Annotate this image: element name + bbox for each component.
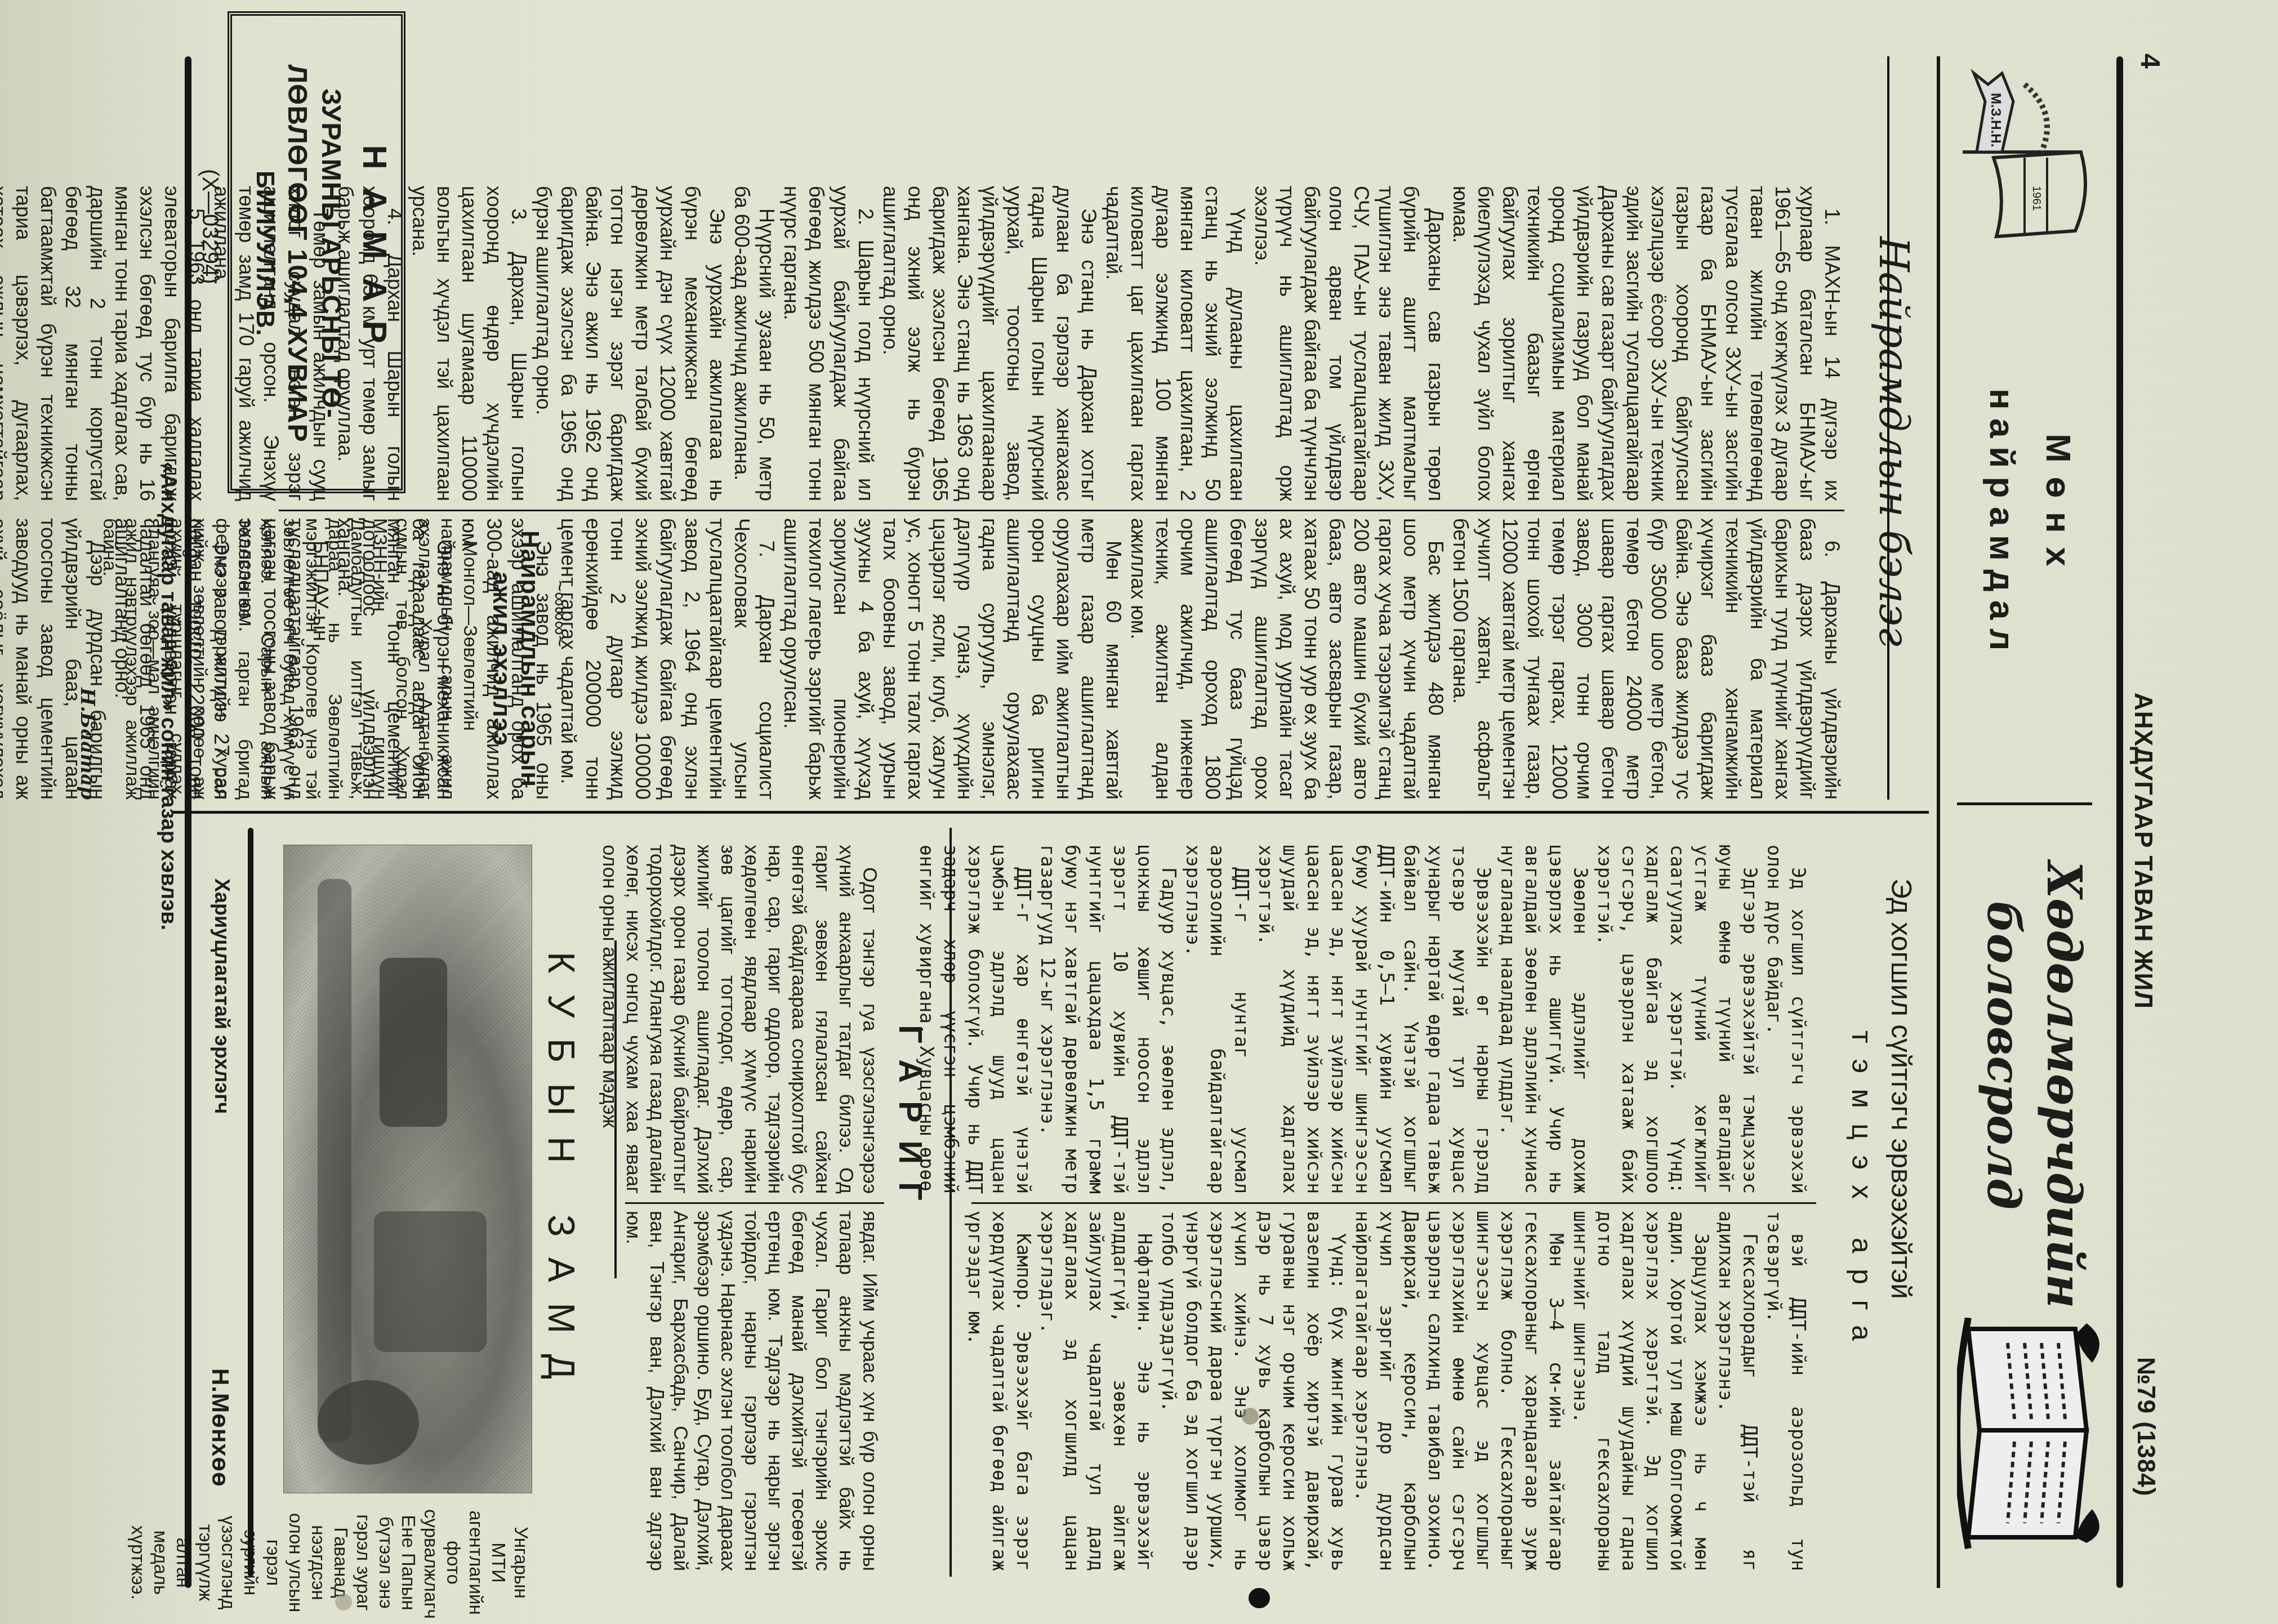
article-month-title-line2: ажил эхэллээ (487, 524, 515, 794)
article-ddt-title: Эд хогшил сүйтгэгч эрвээхэйтэй (1885, 878, 1918, 1299)
article-planet-col1: Одот тэнгэр гуа үзэсгэлэнгээрээ хүний ан… (598, 845, 881, 1194)
masthead-bottom-rule (1937, 56, 1940, 1588)
column-divider (279, 510, 1844, 511)
paragraph: Үүнд дулааны цахилгаан станц нь эхний ээ… (1101, 186, 1250, 501)
paragraph: Үүнд: бүх жингийн гурав хувь вазелин хоё… (1157, 1211, 1350, 1571)
paragraph: 5. 1963 онд тариа хадгалах элеваторын ба… (0, 186, 209, 501)
footer-rule (185, 56, 191, 1588)
article-ddt-col2: вэй ДДТ-ийн аэрозольд тун тэсвэргүй. Гек… (963, 1211, 1811, 1571)
paragraph: Нафталин. Энэ нь эрвээхэйг алддаггүй, зө… (1036, 1211, 1157, 1571)
logo-label: М.З.Н.Н. (1987, 93, 2003, 147)
paper-hole (1242, 1408, 1259, 1425)
paragraph: Эрвээхэйн өг нарны гэрэлд тэсвэр муутай … (1254, 845, 1496, 1194)
article-planet-title: ГАРИГ (891, 1025, 929, 1219)
paragraph: Энэ уурхайн ажиллагаа нь бүрэн механикжс… (531, 186, 729, 501)
issue-number: №79 (1384) (2132, 1357, 2160, 1496)
paragraph: 2. Шарын голд нүүрсний ил уурхай байгуул… (779, 186, 878, 501)
article-planet-col2: явдаг. Ийм учраас хүн бүр олон орны тала… (621, 1211, 881, 1571)
paragraph: 1. МАХН-ын 14 дүгээр их хурлаар баталсан… (1448, 186, 1844, 501)
paragraph: Эд хогшил сүйтгэгч эрвээхэй олон дүрс ба… (1762, 845, 1811, 1194)
photo-detail (318, 879, 351, 1442)
paragraph: Мөн 60 мянган хавтгай метр газар ашиглал… (779, 518, 1126, 800)
column-divider (625, 1202, 884, 1204)
paragraph: вэй ДДТ-ийн аэрозольд тун тэсвэргүй. (1762, 1211, 1811, 1571)
friendship-logo: М.З.Н.Н. 1961 (1951, 68, 2092, 282)
paragraph: Энэ станц нь Дархан хотыг дулаан ба гэрл… (878, 186, 1101, 501)
notice-heading: НАМАР (355, 34, 394, 473)
printer-slogan: «Анхдугаар таван жил» сонин газар хэвлэв… (156, 462, 180, 930)
editor-label: Хариуцлагатай эрхлэгч (210, 878, 234, 1114)
masthead-right-title-line2: боловсролд (1977, 901, 2030, 1210)
open-book-icon (1957, 1318, 2109, 1554)
paragraph: Одот тэнгэр гуа үзэсгэлэнгээрээ хүний ан… (598, 845, 881, 1194)
paragraph: Гадуур хувцас, зөөлөн эдлэл, цонхны хөши… (1036, 845, 1181, 1194)
paragraph: 3. Дархан, Шарын голын хооронд өндөр хүч… (407, 186, 531, 501)
masthead-right-title-line1: Хөдөлмөрчдийн (2036, 862, 2092, 1309)
photo-detail (380, 958, 447, 1127)
section-rule (949, 828, 952, 1577)
article-ddt-col1: Эд хогшил сүйтгэгч эрвээхэй олон дүрс ба… (915, 845, 1811, 1194)
article-gift-rule (1887, 56, 1889, 800)
paragraph: ДДТ-г нунтаг уусмал аэрозолийн байдалтай… (1181, 845, 1254, 1194)
title-ornament-rule (614, 940, 617, 1278)
article-month-title-line1: Найрамдлын сарын (515, 524, 543, 794)
article-ddt-subtitle: тэмцэх арга (1845, 1030, 1878, 1356)
notice-line3: БИЛУУЛЛЭВ. (251, 34, 279, 473)
footer-upper-rule (248, 828, 253, 1577)
article-month-body: Монгол—Зөвлөлтийн найрамдлын сарын ажил … (76, 518, 482, 800)
paragraph: Зөөлөн эдлэлийг дохиж цэвэрлэх нь ашиггү… (1496, 845, 1593, 1194)
editor-name: Н.Мөнхөө (207, 1368, 234, 1487)
tractor-photo (283, 845, 532, 1493)
header-rule (2116, 56, 2123, 1588)
flag-banner-icon (1951, 68, 2092, 282)
page-center-divider (172, 811, 1929, 814)
paper-hole (335, 1594, 352, 1610)
paragraph: Зарцуулах хэмжээ нь ч мөн адил. Хортой т… (1568, 1211, 1714, 1571)
notice-line2: ЛӨВЛӨГӨӨГ 104,4 ХУВИАР (282, 34, 313, 473)
column-divider (971, 1202, 1816, 1204)
scan-background: 4 АНХДУГААР ТАВАН ЖИЛ №79 (1384) М.З.Н.Н… (0, 0, 2278, 1624)
masthead-divider (1957, 802, 2092, 805)
paragraph: Кампор. Эрвээхэйг бага зэрэг хөрдүүлах ч… (963, 1211, 1036, 1571)
paragraph: явдаг. Ийм учраас хүн бүр олон орны тала… (621, 1211, 881, 1571)
article-gift-title: Найрамдлын бэлэг (1870, 237, 1918, 646)
masthead-title-line2: найрамдал (1982, 389, 2022, 659)
paragraph: Мөн 3—4 см-ийн зайтайгаар гексахлораныг … (1350, 1211, 1568, 1571)
paragraph: 7. Дархан социалист Чехословак улсын тус… (556, 518, 779, 800)
paragraph: Гексахлорадыг ДДТ-тэй яг адилхан хэрэглэ… (1714, 1211, 1762, 1571)
paragraph: Нүүрсний зузаан нь 50, метр ба 600-аад а… (729, 186, 779, 501)
masthead-title-line1: Мөнх (2038, 434, 2078, 581)
logo-year: 1961 (2030, 186, 2043, 211)
page-number: 4 (2134, 53, 2165, 69)
ornament-divider: ~∞∞∞~ (548, 580, 572, 647)
paragraph: Дарханы сав газрын төрөл бүрийн ашигт ма… (1250, 186, 1448, 501)
newspaper-page: 4 АНХДУГААР ТАВАН ЖИЛ №79 (1384) М.З.Н.Н… (0, 0, 2278, 1624)
notice-line1: ЗУРАМНЫ АРЬСНЫ ТӨ- (315, 34, 346, 473)
paragraph: ДДТ-г хар өнгөтэй үнэтэй цэмбэн эдлэлд ш… (915, 845, 1036, 1194)
paragraph: Бас жилдээ 480 мянган шоо метр хүчин чад… (1126, 518, 1448, 800)
paragraph: 6. Дарханы үйлдвэрийн бааз дээрх үйлдвэр… (1448, 518, 1844, 800)
running-title: АНХДУГААР ТАВАН ЖИЛ (2129, 693, 2157, 1009)
article-month-author: Н.Баатар (76, 518, 99, 800)
paragraph: Эдгээр эрвээхэйтэй тэмцэхээс юуны өмнө т… (1593, 845, 1762, 1194)
paper-hole (1249, 1588, 1270, 1608)
article-cuba-title: КУБЫН ЗАМД (540, 952, 583, 1399)
photo-detail (374, 1211, 487, 1352)
notice-code: (X—03294) (197, 169, 222, 284)
